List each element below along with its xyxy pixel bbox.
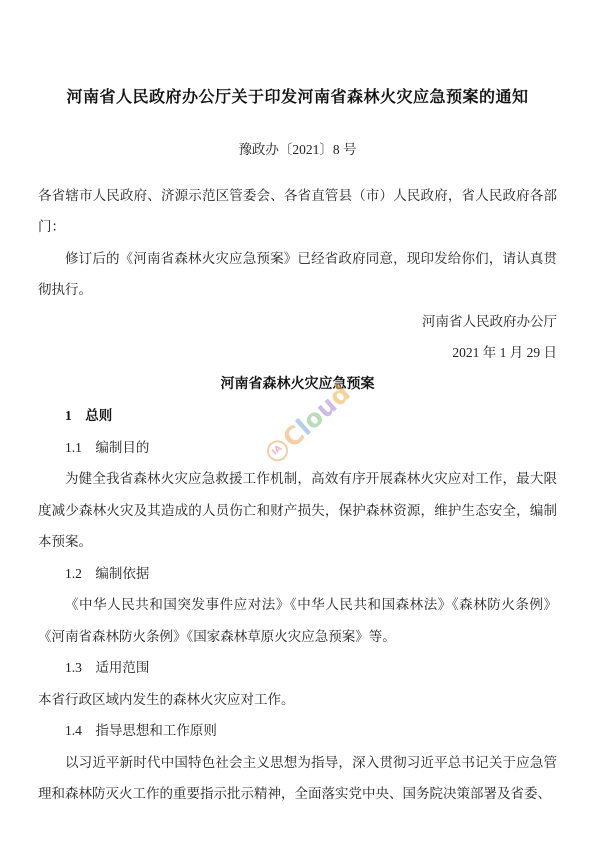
signer: 河南省人民政府办公厅: [38, 306, 557, 338]
section-heading-1-4: 1.4 指导思想和工作原则: [38, 715, 557, 747]
section-heading-1-1: 1.1 编制目的: [38, 432, 557, 464]
issue-date: 2021 年 1 月 29 日: [38, 337, 557, 369]
document-body: 各省辖市人民政府、济源示范区管委会、各省直管县（市）人民政府，省人民政府各部门：…: [38, 180, 557, 810]
section-body-1-3: 本省行政区域内发生的森林火灾应对工作。: [38, 684, 557, 716]
section-body-1-1: 为健全我省森林火灾应急救援工作机制，高效有序开展森林火灾应对工作，最大限度减少森…: [38, 463, 557, 558]
notice-paragraph: 修订后的《河南省森林火灾应急预案》已经省政府同意，现印发给你们，请认真贯彻执行。: [38, 243, 557, 306]
section-heading-1-2: 1.2 编制依据: [38, 558, 557, 590]
notice-title: 河南省人民政府办公厅关于印发河南省森林火灾应急预案的通知: [38, 84, 557, 112]
doc-number: 豫政办〔2021〕8 号: [38, 134, 557, 166]
salutation: 各省辖市人民政府、济源示范区管委会、各省直管县（市）人民政府，省人民政府各部门：: [38, 180, 557, 243]
section-heading-1-3: 1.3 适用范围: [38, 652, 557, 684]
section-body-1-4: 以习近平新时代中国特色社会主义思想为指导，深入贯彻习近平总书记关于应急管理和森林…: [38, 747, 557, 810]
section-heading-1: 1 总则: [38, 400, 557, 432]
section-body-1-2: 《中华人民共和国突发事件应对法》《中华人民共和国森林法》《森林防火条例》《河南省…: [38, 589, 557, 652]
document-page: 河南省人民政府办公厅关于印发河南省森林火灾应急预案的通知 豫政办〔2021〕8 …: [0, 0, 595, 841]
plan-title: 河南省森林火灾应急预案: [38, 369, 557, 401]
